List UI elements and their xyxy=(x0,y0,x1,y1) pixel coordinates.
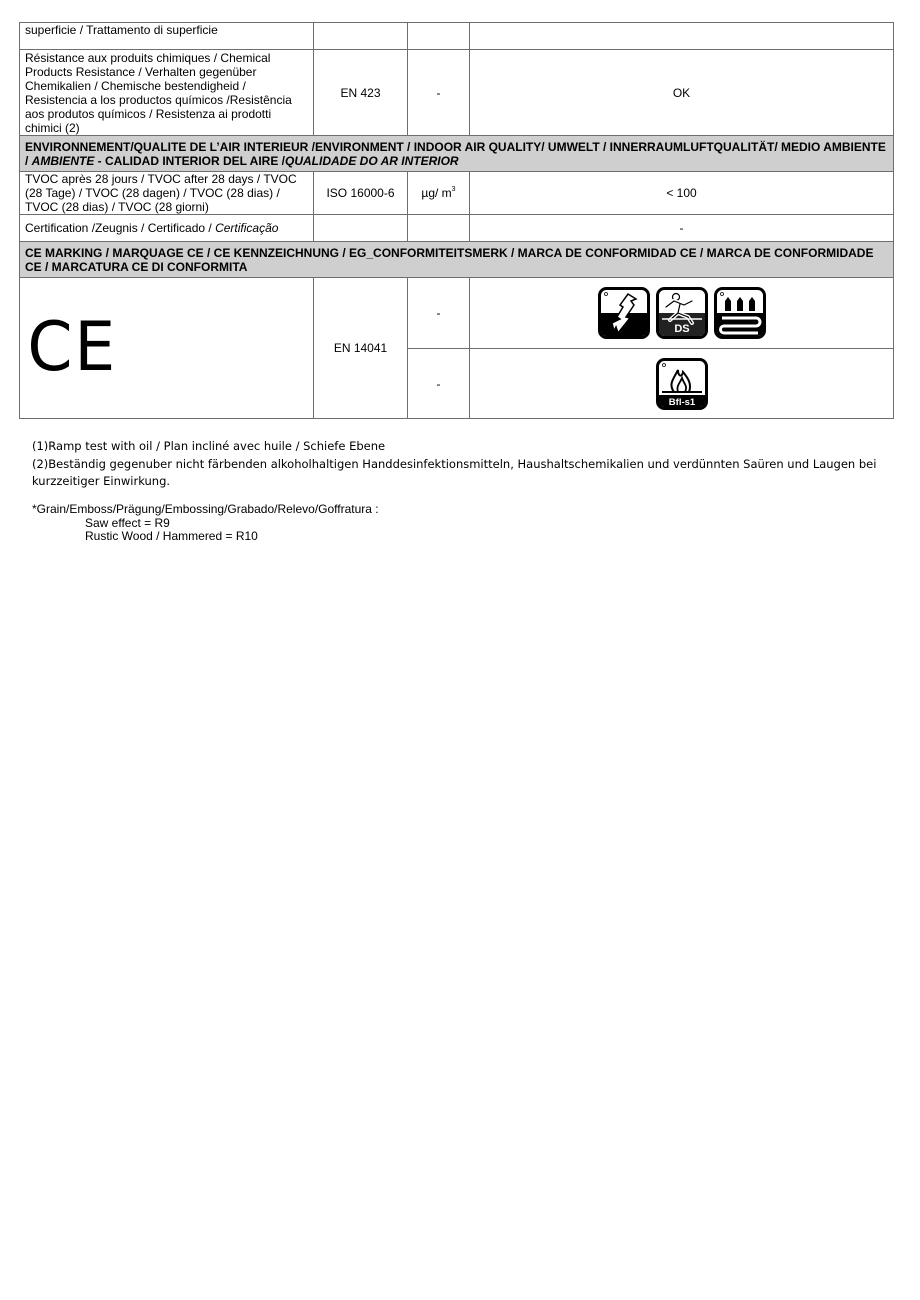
property-text: Certification /Zeugnis / Certificado / xyxy=(25,221,215,235)
underfloor-heating-icon xyxy=(714,287,766,339)
unit-cell: - xyxy=(408,278,470,349)
footnotes: (1)Ramp test with oil / Plan incliné ave… xyxy=(32,438,882,491)
unit-cell xyxy=(408,215,470,242)
standard-cell: ISO 16000-6 xyxy=(314,172,408,215)
grain-info: *Grain/Emboss/Prägung/Embossing/Grabado/… xyxy=(32,503,379,544)
table-row: TVOC après 28 jours / TVOC after 28 days… xyxy=(20,172,894,215)
unit-text: µg/ m xyxy=(421,186,451,200)
section-header-row: CE MARKING / MARQUAGE CE / CE KENNZEICHN… xyxy=(20,242,894,278)
unit-cell: - xyxy=(408,50,470,136)
slip-resistance-ds-icon: DS xyxy=(656,287,708,339)
value-cell: < 100 xyxy=(470,172,894,215)
value-cell: - xyxy=(470,215,894,242)
standard-cell xyxy=(314,215,408,242)
header-text: - CALIDAD INTERIOR DEL AIRE / xyxy=(94,154,285,168)
grain-item: Rustic Wood / Hammered = R10 xyxy=(32,530,379,544)
standard-cell xyxy=(314,23,408,50)
value-cell: OK xyxy=(470,50,894,136)
header-text: QUALIDADE DO AR INTERIOR xyxy=(285,154,459,168)
electrostatic-icon xyxy=(598,287,650,339)
pictogram-cell: Bfl-s1 xyxy=(470,349,894,419)
value-cell xyxy=(470,23,894,50)
standard-cell: EN 423 xyxy=(314,50,408,136)
unit-cell xyxy=(408,23,470,50)
table-row: superficie / Trattamento di superficie xyxy=(20,23,894,50)
fire-rating-icon: Bfl-s1 xyxy=(656,358,708,410)
unit-exponent: 3 xyxy=(452,186,456,193)
table-row: Certification /Zeugnis / Certificado / C… xyxy=(20,215,894,242)
section-header-row: ENVIRONNEMENT/QUALITE DE L’AIR INTERIEUR… xyxy=(20,136,894,172)
pictogram-cell: DS xyxy=(470,278,894,349)
environment-section-header: ENVIRONNEMENT/QUALITE DE L’AIR INTERIEUR… xyxy=(20,136,894,172)
table-row: Résistance aux produits chimiques / Chem… xyxy=(20,50,894,136)
header-text: AMBIENTE xyxy=(32,154,95,168)
standard-cell: EN 14041 xyxy=(314,278,408,419)
property-text: Certificação xyxy=(215,221,278,235)
ce-section-header: CE MARKING / MARQUAGE CE / CE KENNZEICHN… xyxy=(20,242,894,278)
unit-cell: µg/ m3 xyxy=(408,172,470,215)
grain-title: *Grain/Emboss/Prägung/Embossing/Grabado/… xyxy=(32,503,379,517)
technical-spec-table: superficie / Trattamento di superficie R… xyxy=(19,22,894,419)
footnote-2: (2)Beständig gegenuber nicht färbenden a… xyxy=(32,456,882,491)
grain-item: Saw effect = R9 xyxy=(32,517,379,531)
svg-text:Bfl-s1: Bfl-s1 xyxy=(668,397,695,408)
property-cell: superficie / Trattamento di superficie xyxy=(20,23,314,50)
svg-text:DS: DS xyxy=(674,323,689,335)
property-cell: Résistance aux produits chimiques / Chem… xyxy=(20,50,314,136)
property-cell: TVOC après 28 jours / TVOC after 28 days… xyxy=(20,172,314,215)
ce-mark-cell: CE xyxy=(20,278,314,419)
table-row: CE EN 14041 - DS xyxy=(20,278,894,349)
ce-mark-logo: CE xyxy=(27,318,117,378)
footnote-1: (1)Ramp test with oil / Plan incliné ave… xyxy=(32,438,882,456)
unit-cell: - xyxy=(408,349,470,419)
property-cell: Certification /Zeugnis / Certificado / C… xyxy=(20,215,314,242)
